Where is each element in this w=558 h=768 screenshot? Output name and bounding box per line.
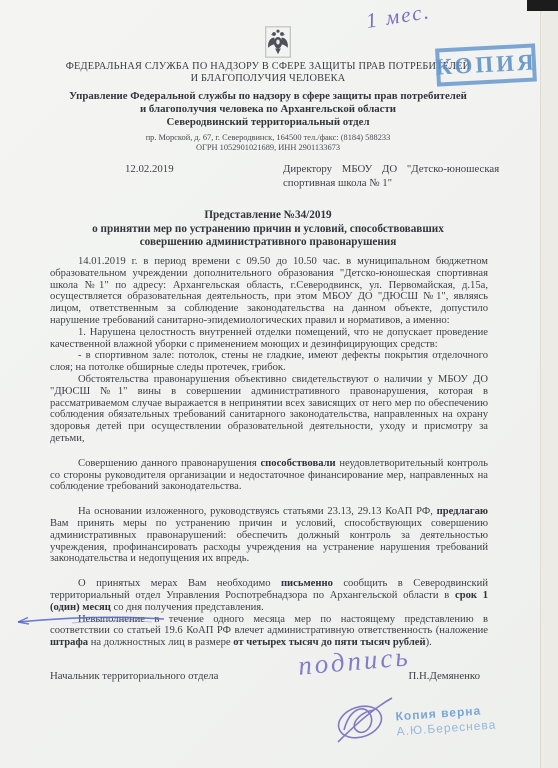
paragraph-violation-1: 1. Нарушена целостность внутренней отдел… — [50, 327, 488, 351]
copy-certification-stamp: Копия верна А.Ю.Береснева — [330, 688, 540, 760]
title-line1: Представление №34/2019 — [0, 209, 536, 223]
signatory-position: Начальник территориального отдела — [50, 670, 218, 682]
handwritten-note: 1 мес. — [364, 0, 432, 34]
paragraph-circumstances: Обстоятельства правонарушения объективно… — [50, 374, 488, 445]
document-title: Представление №34/2019 о принятии мер по… — [0, 209, 536, 250]
org-address: пр. Морской, д. 67, г. Северодвинск, 164… — [0, 133, 536, 143]
pen-underline — [2, 613, 172, 629]
paragraph-incident: 14.01.2019 г. в период времени с 09.50 д… — [50, 256, 488, 327]
recipient-line1: Директору МБОУ ДО "Детско-юношеская — [283, 162, 525, 176]
dept-line1: Управление Федеральной службы по надзору… — [0, 90, 536, 102]
paragraph-violation-detail: - в спортивном зале: потолок, стены не г… — [50, 350, 488, 374]
paragraph-proposal: На основании изложенного, руководствуясь… — [50, 506, 488, 565]
scan-corner-artifact — [527, 0, 558, 11]
paragraph-contributing-factors: Совершению данного правонарушения способ… — [50, 458, 488, 493]
document-date: 12.02.2019 — [125, 163, 174, 175]
certification-text: Копия верна А.Ю.Береснева — [395, 703, 497, 740]
coat-of-arms-icon — [265, 26, 291, 58]
document-body: 14.01.2019 г. в период времени с 09.50 д… — [50, 256, 488, 649]
dept-line3: Северодвинский территориальный отдел — [0, 116, 536, 128]
dept-line2: и благополучия человека по Архангельской… — [0, 103, 536, 115]
recipient-block: Директору МБОУ ДО "Детско-юношеская спор… — [283, 162, 525, 190]
copy-stamp: КОПИЯ — [435, 43, 537, 86]
copy-stamp-label: КОПИЯ — [435, 49, 538, 80]
scanned-document-page: 1 мес. ФЕДЕРАЛЬНАЯ СЛУЖБА ПО НАДЗОРУ В С… — [0, 0, 558, 768]
signatory-name: П.Н.Демяненко — [408, 670, 480, 682]
org-reg-numbers: ОГРН 1052901021689, ИНН 2901133673 — [0, 143, 536, 153]
certifier-signature-scribble — [330, 690, 398, 752]
scan-page-edge — [540, 0, 558, 768]
title-line3: совершению административного правонаруше… — [0, 236, 536, 250]
recipient-line2: спортивная школа № 1" — [283, 176, 525, 190]
title-line2: о принятии мер по устранению причин и ус… — [0, 223, 536, 237]
paragraph-report-requirement: О принятых мерах Вам необходимо письменн… — [50, 578, 488, 613]
